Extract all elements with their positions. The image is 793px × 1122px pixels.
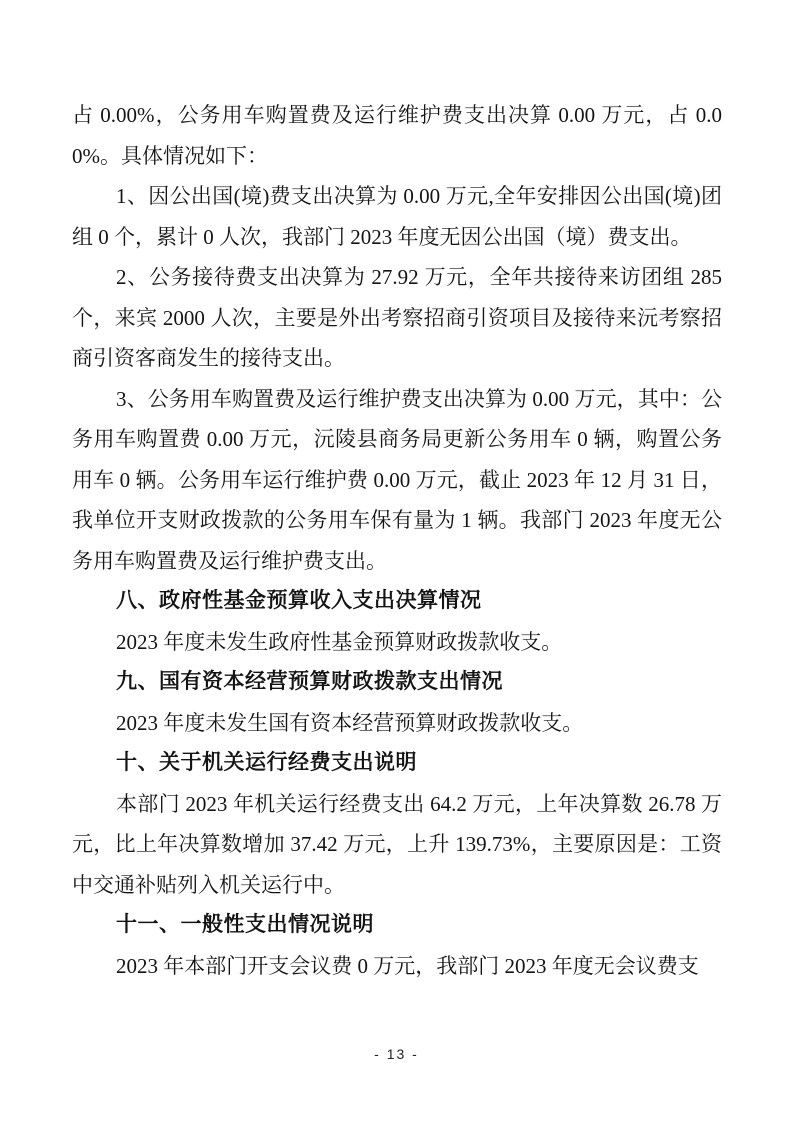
heading-section-9-state-capital: 九、国有资本经营预算财政拨款支出情况 <box>72 662 722 703</box>
heading-section-10-operating-expenses: 十、关于机关运行经费支出说明 <box>72 743 722 784</box>
paragraph-section-11-body: 2023 年本部门开支会议费 0 万元，我部门 2023 年度无会议费支 <box>72 946 722 987</box>
page-number: - 13 - <box>0 1046 793 1062</box>
paragraph-item-3-official-vehicles: 3、公务用车购置费及运行维护费支出决算为 0.00 万元，其中：公务用车购置费 … <box>72 379 722 582</box>
paragraph-section-9-body: 2023 年度未发生国有资本经营预算财政拨款收支。 <box>72 703 722 744</box>
paragraph-continuation: 占 0.00%，公务用车购置费及运行维护费支出决算 0.00 万元，占 0.00… <box>72 95 722 176</box>
heading-section-11-general-expenditure: 十一、一般性支出情况说明 <box>72 905 722 946</box>
heading-section-8-government-funds: 八、政府性基金预算收入支出决算情况 <box>72 581 722 622</box>
document-page: 占 0.00%，公务用车购置费及运行维护费支出决算 0.00 万元，占 0.00… <box>0 0 793 1122</box>
document-body: 占 0.00%，公务用车购置费及运行维护费支出决算 0.00 万元，占 0.00… <box>72 95 722 986</box>
paragraph-item-2-official-reception: 2、公务接待费支出决算为 27.92 万元，全年共接待来访团组 285 个，来宾… <box>72 257 722 379</box>
paragraph-section-8-body: 2023 年度未发生政府性基金预算财政拨款收支。 <box>72 622 722 663</box>
paragraph-section-10-body: 本部门 2023 年机关运行经费支出 64.2 万元，上年决算数 26.78 万… <box>72 784 722 906</box>
paragraph-item-1-overseas-trips: 1、因公出国(境)费支出决算为 0.00 万元,全年安排因公出国(境)团组 0 … <box>72 176 722 257</box>
